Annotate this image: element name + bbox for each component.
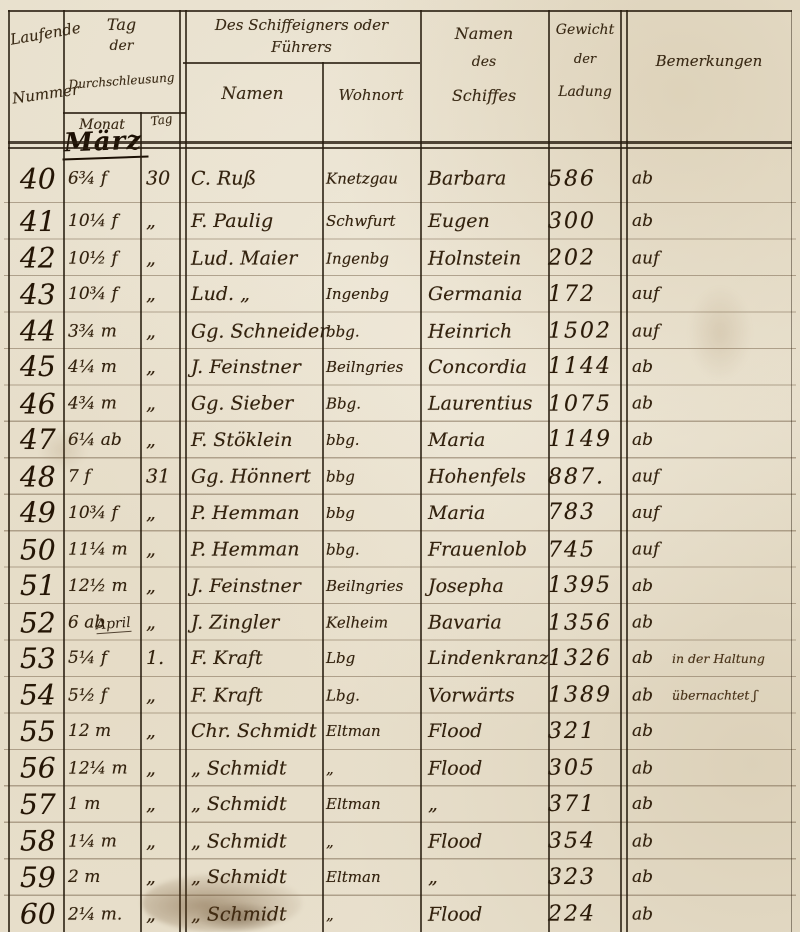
- header-der: der: [63, 38, 180, 54]
- header-bottom-rule: [8, 141, 792, 144]
- header-bemerkungen: Bemerkungen: [626, 52, 792, 70]
- header-wohnort: Wohnort: [322, 86, 420, 104]
- direction-mark: ab: [622, 168, 672, 188]
- header-schiff-line2: des: [420, 54, 548, 70]
- header-schiffeigner-line2: Führers: [183, 38, 420, 56]
- cargo-weight: 586: [548, 166, 622, 191]
- header-top-rule: [8, 10, 792, 12]
- owner-name: C. Ruß: [183, 167, 322, 189]
- header-namen: Namen: [183, 84, 322, 104]
- ship-name: Barbara: [420, 167, 548, 189]
- header-tag: Tag: [63, 15, 180, 34]
- ruled-lines: [4, 202, 796, 930]
- residence: Knetzgau: [322, 169, 420, 187]
- header-schiff-line1: Namen: [420, 24, 548, 43]
- header-gewicht-line3: Ladung: [548, 84, 622, 100]
- header-gewicht-line1: Gewicht: [548, 22, 622, 38]
- header-schiffeigner-line1: Des Schiffeigners oder: [183, 16, 420, 34]
- header-bottom-rule: [8, 147, 792, 149]
- column-rule: [322, 62, 324, 932]
- header-laufende: Laufende: [9, 21, 67, 48]
- header-gewicht-line2: der: [548, 52, 622, 67]
- header-schiff-line3: Schiffes: [420, 86, 548, 105]
- table-row: 40 6¾ f 30 C. Ruß Knetzgau Barbara 586 a…: [8, 147, 792, 203]
- header-nummer: Nummer: [11, 82, 65, 107]
- time-entry: 6¾ f: [63, 168, 140, 188]
- header-durchschleusung: Durchschleusung: [60, 70, 184, 93]
- column-rule: [140, 112, 142, 932]
- header-sub-rule: [63, 112, 186, 114]
- ledger-page: Laufende Nummer Tag der Durchschleusung …: [0, 0, 800, 932]
- day-entry: 30: [140, 167, 183, 189]
- row-number: 40: [8, 162, 63, 195]
- header-sub-rule: [183, 62, 420, 64]
